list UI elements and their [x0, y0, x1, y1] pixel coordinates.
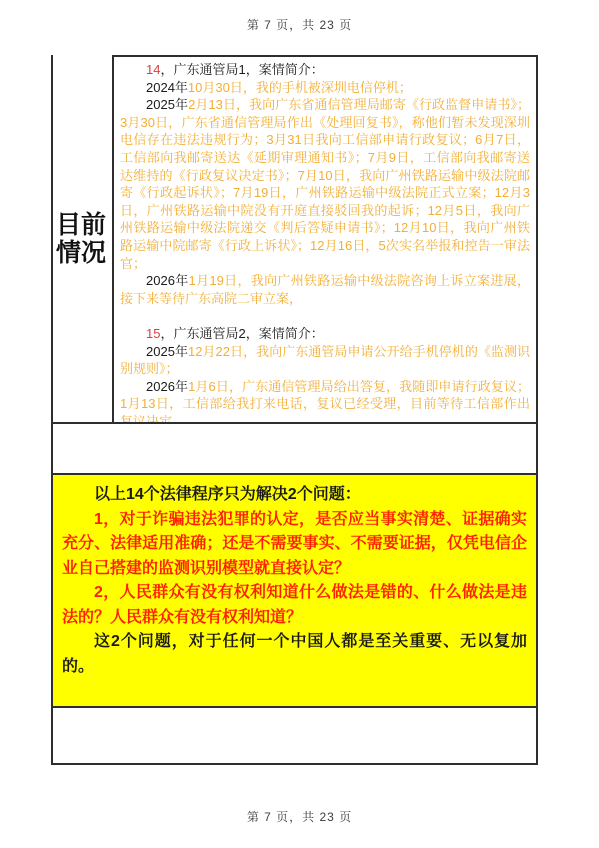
text-segment: 以上14个法律程序只为解决2个问题：	[94, 486, 361, 503]
case-details-cell: 14，广东通管局1，案情简介：2024年10月30日，我的手机被深圳电信停机；2…	[114, 55, 536, 422]
paragraph: 14，广东通管局1，案情简介：	[120, 61, 530, 79]
text-segment: 2025年	[146, 344, 188, 359]
paragraph: 2025年12月22日，我向广东通管局申请公开给手机停机的《监测识别规则》；	[120, 343, 530, 378]
text-segment: 1，对于诈骗违法犯罪的认定，是否应当事实清楚、证据确实充分、法律适用准确；还是不…	[62, 511, 527, 577]
text-segment: 2026年	[146, 379, 188, 394]
text-segment: 这2个问题，对于任何一个中国人都是至关重要、无以复加的。	[62, 633, 527, 675]
text-segment: ，广东通管局1，案情简介：	[160, 62, 323, 77]
questions-highlight-cell: 以上14个法律程序只为解决2个问题：1，对于诈骗违法犯罪的认定，是否应当事实清楚…	[53, 473, 536, 706]
text-segment: 2月13日，我向广东省通信管理局邮寄《行政监督申请书》；3月30日，广东省通信管…	[120, 97, 530, 270]
empty-row-top	[53, 422, 536, 473]
text-segment: 14	[146, 62, 160, 77]
text-segment: 2025年	[146, 97, 188, 112]
text-segment: ，广东通管局2，案情简介：	[160, 326, 323, 341]
row-label-cell: 目前情况	[53, 55, 114, 422]
paragraph: 2025年2月13日，我向广东省通信管理局邮寄《行政监督申请书》；3月30日，广…	[120, 96, 530, 272]
text-segment: 2024年	[146, 80, 188, 95]
paragraph: 2026年1月6日，广东通信管理局给出答复，我随即申请行政复议；1月13日，工信…	[120, 378, 530, 422]
paragraph: 1，对于诈骗违法犯罪的认定，是否应当事实清楚、证据确实充分、法律适用准确；还是不…	[62, 508, 527, 582]
case-table: 目前情况 14，广东通管局1，案情简介：2024年10月30日，我的手机被深圳电…	[51, 55, 538, 765]
paragraph: 2024年10月30日，我的手机被深圳电信停机；	[120, 79, 530, 97]
text-segment: 15	[146, 326, 160, 341]
paragraph: 以上14个法律程序只为解决2个问题：	[62, 483, 527, 508]
paragraph: 2，人民群众有没有权利知道什么做法是错的、什么做法是违法的？人民群众有没有权利知…	[62, 581, 527, 630]
text-segment: 10月30日，我的手机被深圳电信停机；	[188, 80, 412, 95]
page-header: 第 7 页，共 23 页	[0, 16, 599, 33]
page-footer: 第 7 页，共 23 页	[0, 808, 599, 825]
row-label: 目前情况	[53, 211, 112, 267]
text-segment: 2026年	[146, 273, 189, 288]
document-page: 第 7 页，共 23 页 目前情况 14，广东通管局1，案情简介：2024年10…	[0, 0, 599, 848]
paragraph: 2026年1月19日，我向广州铁路运输中级法院咨询上诉立案进展，接下来等待广东高…	[120, 272, 530, 307]
current-status-row: 目前情况 14，广东通管局1，案情简介：2024年10月30日，我的手机被深圳电…	[53, 55, 536, 422]
paragraph: 这2个问题，对于任何一个中国人都是至关重要、无以复加的。	[62, 630, 527, 679]
empty-row-bottom	[53, 706, 536, 763]
text-segment: 2，人民群众有没有权利知道什么做法是错的、什么做法是违法的？人民群众有没有权利知…	[62, 584, 527, 626]
paragraph: 15，广东通管局2，案情简介：	[120, 325, 530, 343]
paragraph	[120, 307, 530, 325]
